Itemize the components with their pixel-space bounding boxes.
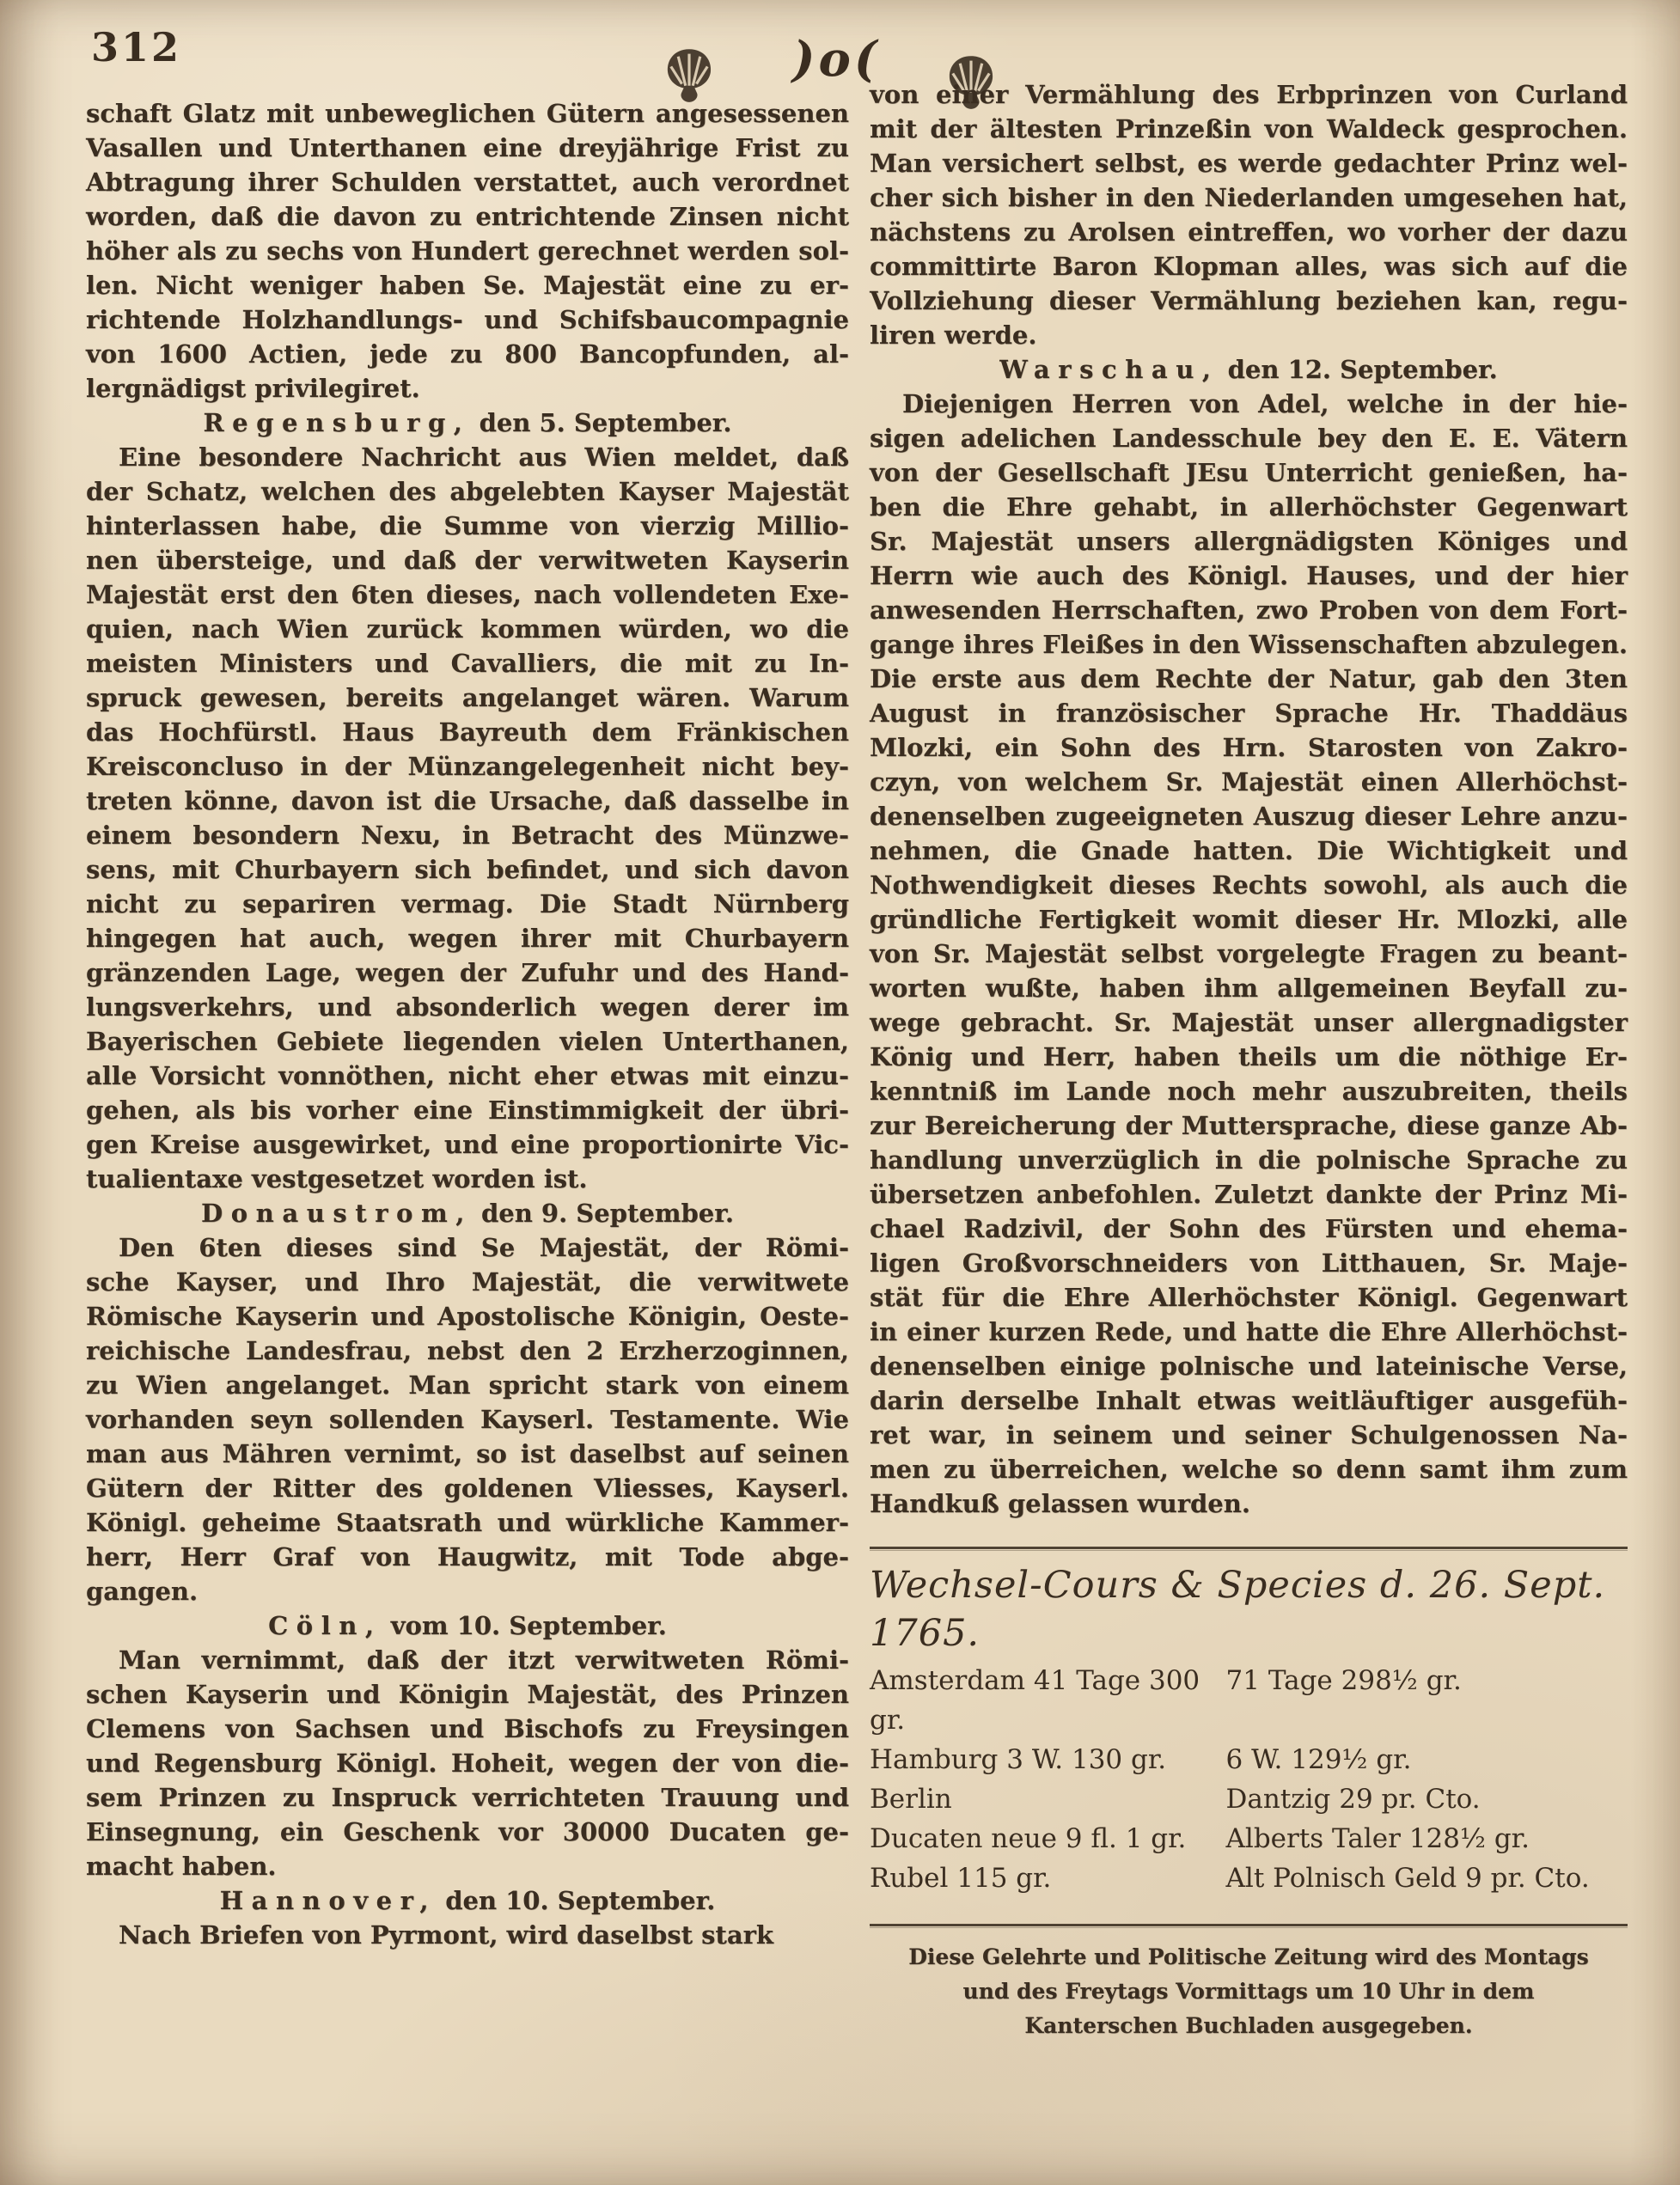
paragraph: Eine besondere Nachricht aus Wien meldet… xyxy=(86,440,849,1196)
text-line: handlung unverzüglich in die polnische S… xyxy=(870,1143,1628,1177)
text-line: Man vernimmt, daß der itzt verwitweten R… xyxy=(86,1643,849,1677)
exchange-cell-left: Hamburg 3 W. 130 gr. xyxy=(870,1740,1226,1779)
lune-signature-mark: )o( xyxy=(792,31,880,88)
exchange-cell-left: Ducaten neue 9 fl. 1 gr. xyxy=(870,1819,1226,1858)
right-text-column: von einer Vermählung des Erbprinzen von … xyxy=(870,77,1628,2043)
text-line: macht haben. xyxy=(86,1849,849,1883)
text-line: chael Radzivil, der Sohn des Fürsten und… xyxy=(870,1212,1628,1246)
imprint-line: und des Freytags Vormittags um 10 Uhr in… xyxy=(870,1974,1628,2009)
text-line: hingegen hat auch, wegen ihrer mit Churb… xyxy=(86,921,849,955)
exchange-cell-right: Alberts Taler 128½ gr. xyxy=(1226,1819,1628,1858)
dateline-date: den 12. September. xyxy=(1219,355,1498,384)
text-line: alle Vorsicht vonnöthen, nicht eher etwa… xyxy=(86,1059,849,1093)
exchange-cell-left: Rubel 115 gr. xyxy=(870,1858,1226,1898)
text-line: wege gebracht. Sr. Majestät unser allerg… xyxy=(870,1005,1628,1040)
dateline-city: Regensburg, xyxy=(203,408,470,437)
text-line: hinterlassen habe, die Summe von vierzig… xyxy=(86,509,849,543)
text-line: Kreisconcluso in der Münzangelegenheit n… xyxy=(86,749,849,784)
text-line: von Sr. Majestät selbst vorgelegte Frage… xyxy=(870,937,1628,971)
text-line: Vollziehung dieser Vermählung beziehen k… xyxy=(870,284,1628,318)
text-line: reichische Landesfrau, nebst den 2 Erzhe… xyxy=(86,1334,849,1368)
text-line: stät für die Ehre Allerhöchster Königl. … xyxy=(870,1280,1628,1315)
text-line: liren werde. xyxy=(870,318,1628,352)
text-line: von einer Vermählung des Erbprinzen von … xyxy=(870,77,1628,112)
paragraph: Nach Briefen von Pyrmont, wird daselbst … xyxy=(86,1918,849,1952)
text-line: in einer kurzen Rede, und hatte die Ehre… xyxy=(870,1315,1628,1349)
text-line: Nach Briefen von Pyrmont, wird daselbst … xyxy=(86,1918,849,1952)
exchange-cell-right: Dantzig 29 pr. Cto. xyxy=(1226,1779,1628,1819)
paragraph: Man vernimmt, daß der itzt verwitweten R… xyxy=(86,1643,849,1883)
imprint-note: Diese Gelehrte und Politische Zeitung wi… xyxy=(870,1940,1628,2043)
newspaper-page: 312 )o( schaft Glatz mit unbeweglichen G… xyxy=(0,0,1680,2185)
text-line: men zu überreichen, welche so denn samt … xyxy=(870,1452,1628,1486)
text-line: und Regensburg Königl. Hoheit, wegen der… xyxy=(86,1746,849,1780)
text-line: treten könne, davon ist die Ursache, daß… xyxy=(86,784,849,818)
exchange-row: BerlinDantzig 29 pr. Cto. xyxy=(870,1779,1628,1819)
text-line: zur Bereicherung der Muttersprache, dies… xyxy=(870,1108,1628,1143)
paragraph: schaft Glatz mit unbeweglichen Gütern an… xyxy=(86,96,849,406)
dateline-date: den 5. September. xyxy=(470,408,731,437)
exchange-cell-left: Berlin xyxy=(870,1779,1226,1819)
text-line: gangen. xyxy=(86,1574,849,1608)
text-line: ligen Großvorschneiders von Litthauen, S… xyxy=(870,1246,1628,1280)
text-line: committirte Baron Klopman alles, was sic… xyxy=(870,249,1628,284)
text-line: czyn, von welchem Sr. Majestät einen All… xyxy=(870,765,1628,799)
text-line: nen übersteige, und daß der verwitweten … xyxy=(86,543,849,577)
text-line: einem besondern Nexu, in Betracht des Mü… xyxy=(86,818,849,852)
text-line: denenselben zugeeigneten Auszug dieser L… xyxy=(870,799,1628,833)
text-line: sche Kayser, und Ihro Majestät, die verw… xyxy=(86,1265,849,1299)
text-line: spruck gewesen, bereits angelanget wären… xyxy=(86,681,849,715)
text-line: Handkuß gelassen wurden. xyxy=(870,1486,1628,1521)
dateline-city: Donaustrom, xyxy=(201,1199,473,1228)
text-line: quien, nach Wien zurück kommen würden, w… xyxy=(86,612,849,646)
imprint-line: Diese Gelehrte und Politische Zeitung wi… xyxy=(870,1940,1628,1974)
exchange-cell-left: Amsterdam 41 Tage 300 gr. xyxy=(870,1661,1226,1740)
text-line: ben die Ehre gehabt, in allerhöchster Ge… xyxy=(870,490,1628,524)
text-line: gründliche Fertigkeit womit dieser Hr. M… xyxy=(870,902,1628,937)
text-line: Die erste aus dem Rechte der Natur, gab … xyxy=(870,662,1628,696)
text-line: Mlozki, ein Sohn des Hrn. Starosten von … xyxy=(870,730,1628,765)
text-line: lergnädigst privilegiret. xyxy=(86,371,849,406)
text-line: mit der ältesten Prinzeßin von Waldeck g… xyxy=(870,112,1628,146)
text-line: von der Gesellschaft JEsu Unterricht gen… xyxy=(870,455,1628,490)
text-line: darin derselbe Inhalt etwas weitläuftige… xyxy=(870,1383,1628,1418)
text-line: cher sich bisher in den Niederlanden umg… xyxy=(870,180,1628,215)
text-line: Bayerischen Gebiete liegenden vielen Unt… xyxy=(86,1024,849,1059)
text-line: len. Nicht weniger haben Se. Majestät ei… xyxy=(86,268,849,302)
text-line: Diejenigen Herren von Adel, welche in de… xyxy=(870,387,1628,421)
text-line: Eine besondere Nachricht aus Wien meldet… xyxy=(86,440,849,474)
text-line: richtende Holzhandlungs- und Schifsbauco… xyxy=(86,302,849,337)
text-line: gange ihres Fleißes in den Wissenschafte… xyxy=(870,627,1628,662)
text-line: Römische Kayserin und Apostolische König… xyxy=(86,1299,849,1334)
text-line: sigen adelichen Landesschule bey den E. … xyxy=(870,421,1628,455)
imprint-line: Kanterschen Buchladen ausgegeben. xyxy=(870,2009,1628,2043)
text-line: König und Herr, haben theils um die nöth… xyxy=(870,1040,1628,1074)
text-line: nächstens zu Arolsen eintreffen, wo vorh… xyxy=(870,215,1628,249)
text-line: Einsegnung, ein Geschenk vor 30000 Ducat… xyxy=(86,1815,849,1849)
text-line: übersetzen anbefohlen. Zuletzt dankte de… xyxy=(870,1177,1628,1212)
text-line: denenselben einige polnische und lateini… xyxy=(870,1349,1628,1383)
text-line: Königl. geheime Staatsrath und würkliche… xyxy=(86,1505,849,1540)
text-line: tualientaxe vestgesetzet worden ist. xyxy=(86,1162,849,1196)
dateline-heading: Warschau, den 12. September. xyxy=(870,352,1628,387)
dateline-date: den 9. September. xyxy=(473,1199,734,1228)
text-line: Abtragung ihrer Schulden verstattet, auc… xyxy=(86,165,849,199)
text-line: Gütern der Ritter des goldenen Vliesses,… xyxy=(86,1471,849,1505)
text-line: Vasallen und Unterthanen eine dreyjährig… xyxy=(86,131,849,165)
paragraph: Diejenigen Herren von Adel, welche in de… xyxy=(870,387,1628,1521)
text-line: höher als zu sechs von Hundert gerechnet… xyxy=(86,234,849,268)
exchange-row: Hamburg 3 W. 130 gr.6 W. 129½ gr. xyxy=(870,1740,1628,1779)
text-line: zu Wien angelanget. Man spricht stark vo… xyxy=(86,1368,849,1402)
text-line: anwesenden Herrschaften, zwo Proben von … xyxy=(870,593,1628,627)
exchange-row: Amsterdam 41 Tage 300 gr.71 Tage 298½ gr… xyxy=(870,1661,1628,1740)
text-line: man aus Mähren vernimt, so ist daselbst … xyxy=(86,1437,849,1471)
text-line: August in französischer Sprache Hr. Thad… xyxy=(870,696,1628,730)
dateline-heading: Hannover, den 10. September. xyxy=(86,1883,849,1918)
text-line: sens, mit Churbayern sich befindet, und … xyxy=(86,852,849,887)
text-line: Nothwendigkeit dieses Rechts sowohl, als… xyxy=(870,868,1628,902)
dateline-heading: Regensburg, den 5. September. xyxy=(86,406,849,440)
text-line: ret war, in seinem und seiner Schulgenos… xyxy=(870,1418,1628,1452)
text-line: gränzenden Lage, wegen der Zufuhr und de… xyxy=(86,955,849,990)
text-line: der Schatz, welchen des abgelebten Kayse… xyxy=(86,474,849,509)
text-line: vorhanden seyn sollenden Kayserl. Testam… xyxy=(86,1402,849,1437)
text-line: sem Prinzen zu Inspruck verrichteten Tra… xyxy=(86,1780,849,1815)
text-line: Majestät erst den 6ten dieses, nach voll… xyxy=(86,577,849,612)
paragraph: Den 6ten dieses sind Se Majestät, der Rö… xyxy=(86,1230,849,1608)
exchange-cell-right: Alt Polnisch Geld 9 pr. Cto. xyxy=(1226,1858,1628,1898)
text-line: worten wußte, haben ihm allgemeinen Beyf… xyxy=(870,971,1628,1005)
text-line: nicht zu separiren vermag. Die Stadt Nür… xyxy=(86,887,849,921)
exchange-row: Rubel 115 gr.Alt Polnisch Geld 9 pr. Cto… xyxy=(870,1858,1628,1898)
separator-rule xyxy=(870,1547,1628,1549)
text-line: Man versichert selbst, es werde gedachte… xyxy=(870,146,1628,180)
dateline-heading: Donaustrom, den 9. September. xyxy=(86,1196,849,1230)
separator-rule xyxy=(870,1924,1628,1926)
dateline-city: Cöln, xyxy=(268,1611,382,1640)
text-line: herr, Herr Graf von Haugwitz, mit Tode a… xyxy=(86,1540,849,1574)
text-line: Herrn wie auch des Königl. Hauses, und d… xyxy=(870,558,1628,593)
exchange-table: Amsterdam 41 Tage 300 gr.71 Tage 298½ gr… xyxy=(870,1661,1628,1898)
text-line: gehen, als bis vorher eine Einstimmigkei… xyxy=(86,1093,849,1127)
text-line: gen Kreise ausgewirket, und eine proport… xyxy=(86,1127,849,1162)
page-number: 312 xyxy=(91,24,181,70)
text-line: schen Kayserin und Königin Majestät, des… xyxy=(86,1677,849,1712)
text-line: worden, daß die davon zu entrichtende Zi… xyxy=(86,199,849,234)
text-line: Sr. Majestät unsers allergnädigsten Köni… xyxy=(870,524,1628,558)
left-text-column: schaft Glatz mit unbeweglichen Gütern an… xyxy=(86,96,849,1952)
dateline-city: Hannover, xyxy=(220,1886,437,1915)
exchange-cell-right: 71 Tage 298½ gr. xyxy=(1226,1661,1628,1740)
text-line: das Hochfürstl. Haus Bayreuth dem Fränki… xyxy=(86,715,849,749)
text-line: von 1600 Actien, jede zu 800 Bancopfunde… xyxy=(86,337,849,371)
exchange-cell-right: 6 W. 129½ gr. xyxy=(1226,1740,1628,1779)
text-line: lungsverkehrs, und absonderlich wegen de… xyxy=(86,990,849,1024)
text-line: Clemens von Sachsen und Bischofs zu Frey… xyxy=(86,1712,849,1746)
dateline-city: Warschau, xyxy=(999,355,1219,384)
text-line: nehmen, die Gnade hatten. Die Wichtigkei… xyxy=(870,833,1628,868)
text-line: kenntniß im Lande noch mehr auszubreiten… xyxy=(870,1074,1628,1108)
text-line: Den 6ten dieses sind Se Majestät, der Rö… xyxy=(86,1230,849,1265)
paragraph: von einer Vermählung des Erbprinzen von … xyxy=(870,77,1628,352)
exchange-title: Wechsel-Cours & Species d. 26. Sept. 176… xyxy=(870,1561,1628,1657)
dateline-heading: Cöln, vom 10. September. xyxy=(86,1608,849,1643)
exchange-row: Ducaten neue 9 fl. 1 gr.Alberts Taler 12… xyxy=(870,1819,1628,1858)
dateline-date: vom 10. September. xyxy=(382,1611,667,1640)
text-line: meisten Ministers und Cavalliers, die mi… xyxy=(86,646,849,681)
text-line: schaft Glatz mit unbeweglichen Gütern an… xyxy=(86,96,849,131)
dateline-date: den 10. September. xyxy=(437,1886,715,1915)
